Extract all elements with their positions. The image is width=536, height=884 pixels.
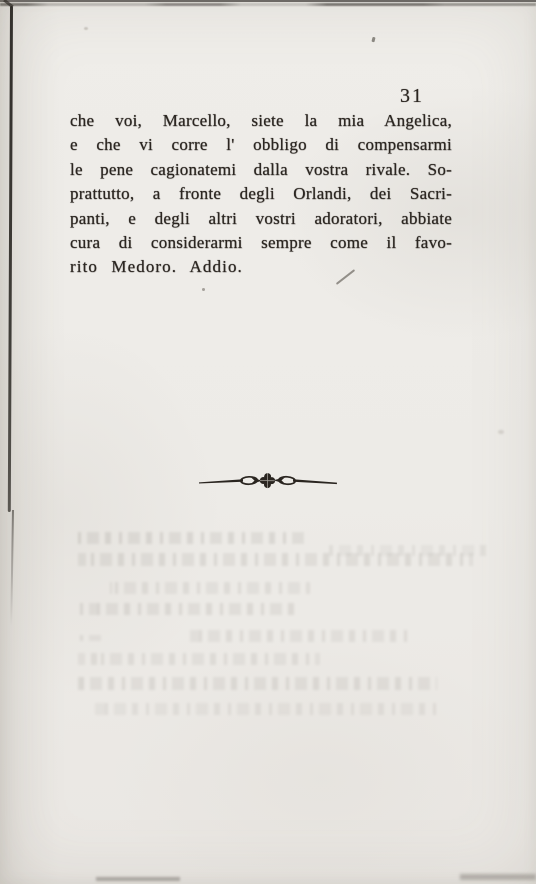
ink-speck (371, 37, 375, 42)
ink-speck (202, 288, 205, 291)
bleedthrough-row (78, 532, 308, 544)
book-page-scan: 31 che voi, Marcello, siete la mia Angel… (0, 0, 536, 884)
scan-top-edge-shadow (0, 3, 536, 6)
text-line: che voi, Marcello, siete la mia Angelica… (70, 109, 452, 133)
scan-bottom-edge-mark (460, 874, 536, 880)
text-line: prattutto, a fronte degli Orlandi, dei S… (70, 182, 452, 206)
page-number: 31 (400, 85, 436, 108)
scan-bottom-edge-mark (96, 877, 180, 881)
text-line: le pene cagionatemi dalla vostra rivale.… (70, 158, 452, 182)
ink-speck (84, 27, 88, 30)
ink-speck (498, 430, 504, 434)
bleedthrough-row (110, 582, 310, 594)
text-line: e che vi corre l' obbligo di compensarmi (70, 133, 452, 157)
bleedthrough-row (78, 553, 473, 566)
bleedthrough-row (78, 653, 320, 665)
bleedthrough-row (80, 635, 107, 641)
fleuron-divider-icon (199, 467, 337, 495)
paragraph: che voi, Marcello, siete la mia Angelica… (70, 109, 452, 280)
scan-left-edge-fade (10, 510, 14, 626)
text-line: panti, e degli altri vostri adoratori, a… (70, 207, 452, 231)
scan-left-edge-line (8, 6, 13, 512)
text-line: rito Medoro. Addio. (70, 255, 452, 279)
bleedthrough-row (78, 677, 437, 690)
bleedthrough-row (190, 630, 413, 642)
text-line: cura di considerarmi sempre come il favo… (70, 231, 452, 255)
scan-top-edge-line (0, 0, 536, 2)
bleedthrough-row (90, 703, 437, 715)
bleedthrough-row (78, 603, 300, 615)
